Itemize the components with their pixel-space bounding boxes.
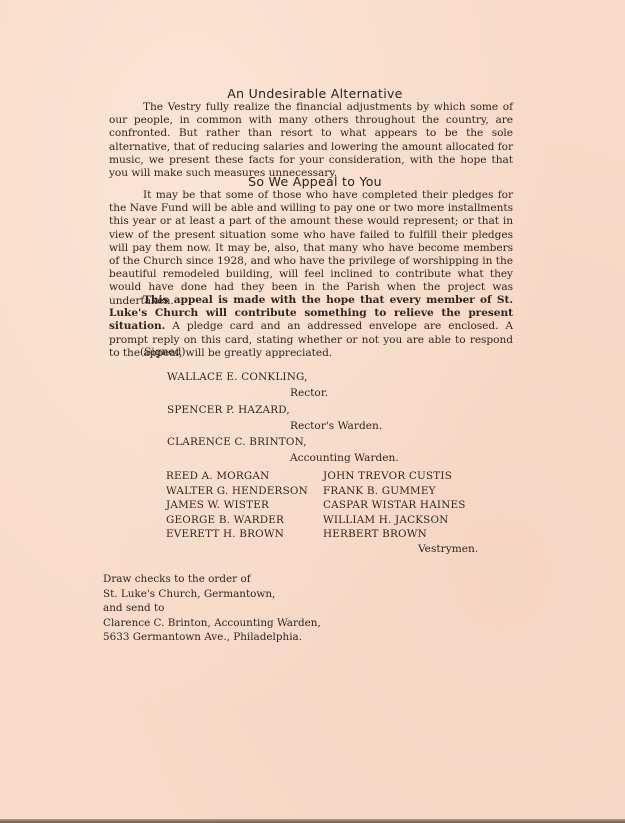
instruction-line: Draw checks to the order of [103, 572, 321, 587]
vestryman-name: FRANK B. GUMMEY [323, 484, 466, 499]
paragraph-undesirable-alternative: The Vestry fully realize the financial a… [109, 101, 513, 180]
instruction-line: Clarence C. Brinton, Accounting Warden, [103, 616, 321, 631]
signatory-title-rector: Rector. [290, 387, 328, 399]
vestrymen-right-column: JOHN TREVOR CUSTIS FRANK B. GUMMEY CASPA… [323, 469, 466, 542]
vestrymen-left-column: REED A. MORGAN WALTER G. HENDERSON JAMES… [166, 469, 308, 542]
vestryman-name: EVERETT H. BROWN [166, 527, 308, 542]
vestryman-name: GEORGE B. WARDER [166, 513, 308, 528]
signatory-name-rectors-warden: SPENCER P. HAZARD, [167, 404, 290, 416]
instruction-line: and send to [103, 601, 321, 616]
instruction-line: 5633 Germantown Ave., Philadelphia. [103, 630, 321, 645]
vestryman-name: REED A. MORGAN [166, 469, 308, 484]
vestryman-name: JOHN TREVOR CUSTIS [323, 469, 466, 484]
heading-undesirable-alternative: An Undesirable Alternative [100, 86, 530, 101]
signed-label: (Signed) [140, 346, 186, 358]
page-edge-shadow [0, 819, 625, 823]
heading-appeal-to-you: So We Appeal to You [100, 174, 530, 189]
vestryman-name: WALTER G. HENDERSON [166, 484, 308, 499]
signatory-title-accounting-warden: Accounting Warden. [290, 452, 399, 464]
vestryman-name: WILLIAM H. JACKSON [323, 513, 466, 528]
vestryman-name: CASPAR WISTAR HAINES [323, 498, 466, 513]
instruction-line: St. Luke's Church, Germantown, [103, 587, 321, 602]
vestrymen-title: Vestrymen. [418, 543, 478, 555]
vestryman-name: HERBERT BROWN [323, 527, 466, 542]
payment-instructions: Draw checks to the order of St. Luke's C… [103, 572, 321, 645]
vestryman-name: JAMES W. WISTER [166, 498, 308, 513]
signatory-name-rector: WALLACE E. CONKLING, [167, 371, 308, 383]
paragraph-appeal-to-you: It may be that some of those who have co… [109, 189, 513, 308]
signatory-name-accounting-warden: CLARENCE C. BRINTON, [167, 436, 307, 448]
signatory-title-rectors-warden: Rector's Warden. [290, 420, 382, 432]
